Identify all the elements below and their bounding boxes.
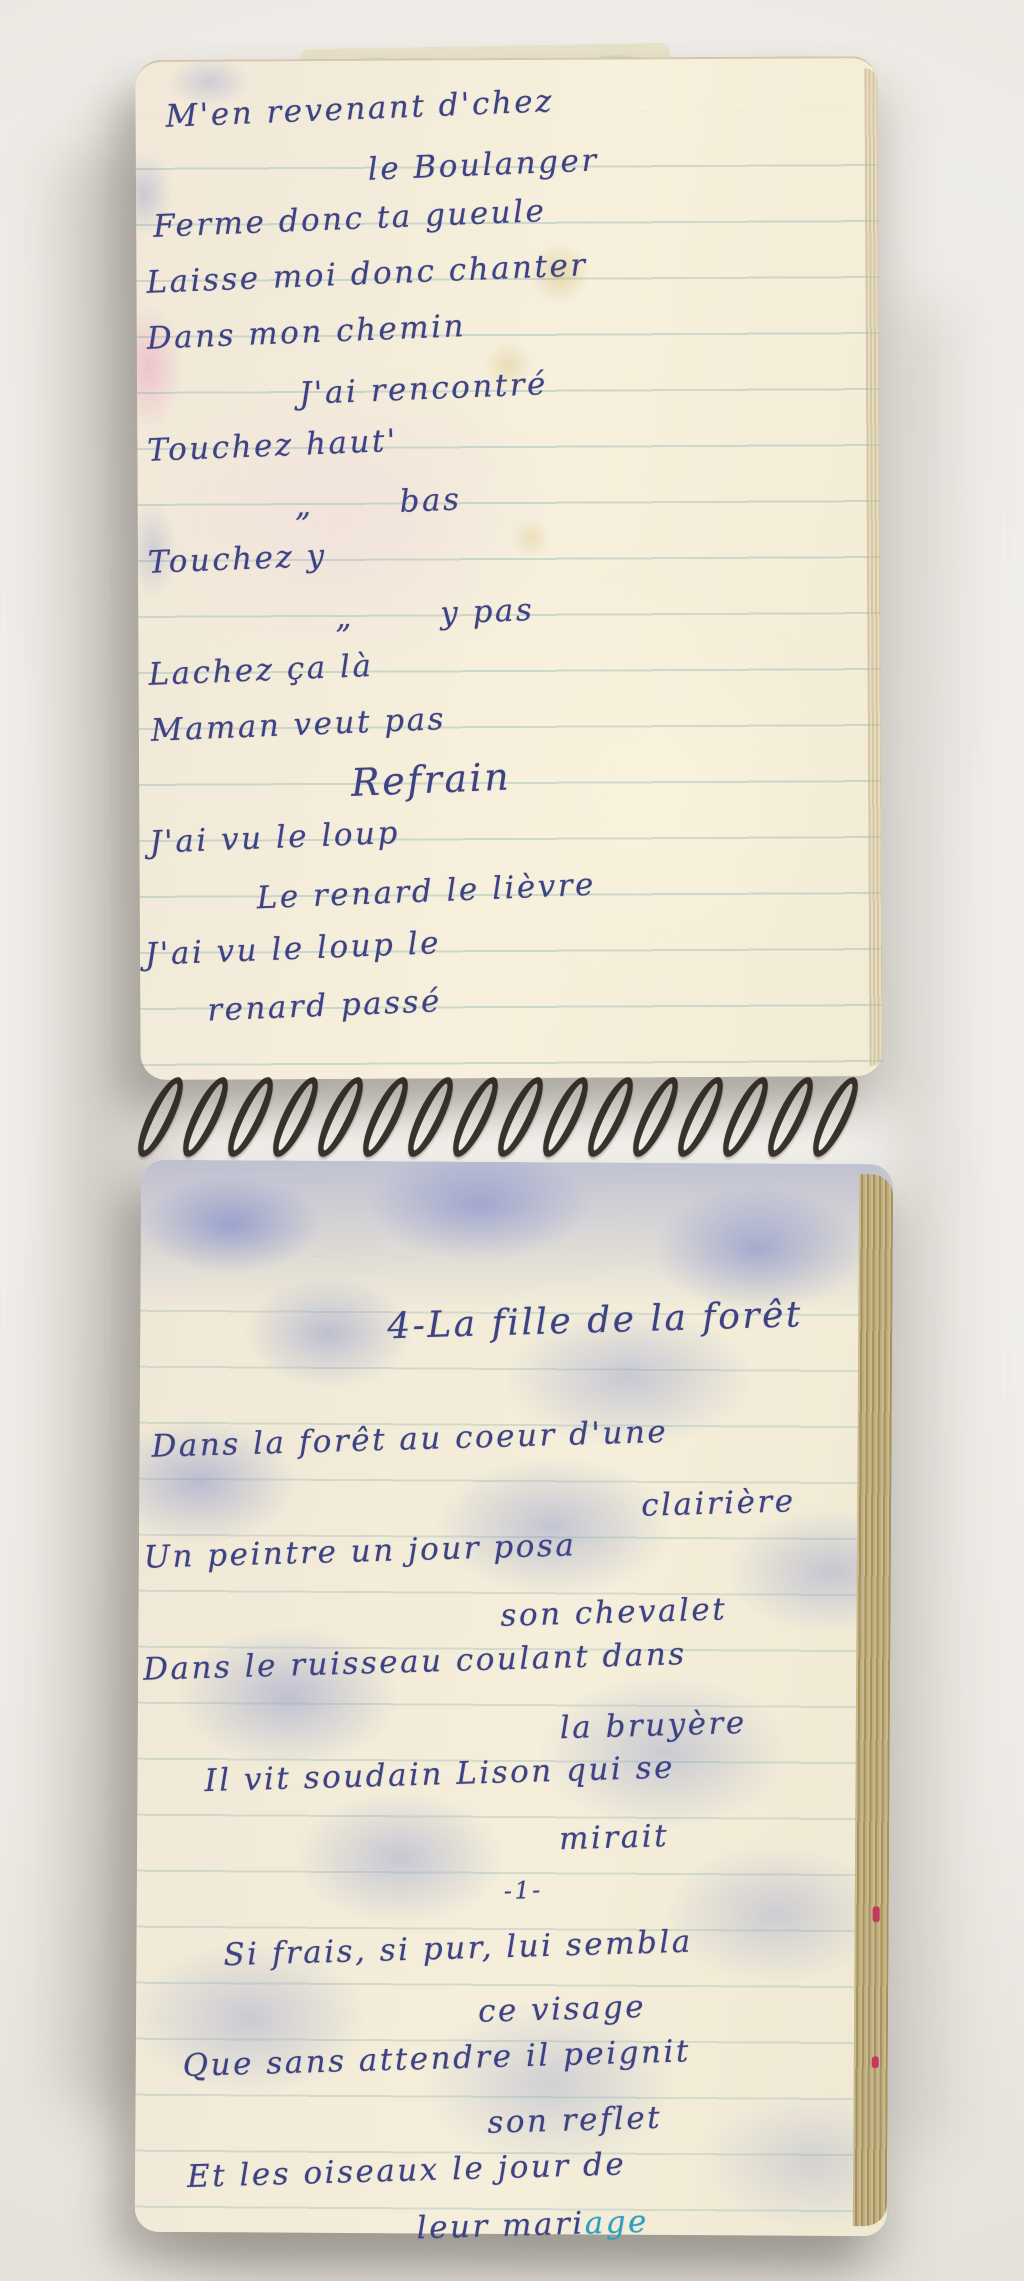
handwritten-line: mirait — [559, 1819, 670, 1856]
handwritten-line: Dans le ruisseau coulant dans — [143, 1637, 687, 1687]
cast-shadow-right — [892, 300, 952, 2150]
handwritten-line: la bruyère — [559, 1706, 747, 1745]
handwritten-line: Maman veut pas — [150, 702, 446, 748]
handwritten-line: 4-La fille de la forêt — [387, 1295, 804, 1347]
fore-edge-mark — [872, 2056, 879, 2068]
handwritten-line: clairière — [641, 1484, 796, 1523]
notebook-photo: M'en revenant d'chezle BoulangerFerme do… — [0, 0, 1024, 2281]
handwritten-line: Lachez ça là — [148, 649, 374, 692]
spiral-wire-loop — [805, 1072, 866, 1162]
handwritten-line: Si frais, si pur, lui sembla — [223, 1925, 693, 1973]
cyan-ink-text: age — [584, 2204, 649, 2242]
ruled-lines — [135, 1256, 893, 2237]
handwritten-line: Il vit soudain Lison qui se — [204, 1751, 675, 1799]
handwritten-line: Laisse moi donc chanter — [146, 248, 588, 300]
handwritten-line: Refrain — [350, 756, 512, 804]
handwritten-line: „ bas — [294, 482, 462, 523]
handwritten-line: Touchez haut' — [147, 424, 399, 468]
handwritten-line: le Boulanger — [367, 143, 599, 186]
notebook-page-bottom: 4-La fille de la forêtDans la forêt au c… — [135, 1160, 894, 2237]
fore-edge-mark — [873, 1906, 880, 1922]
page-fore-edge — [853, 1174, 893, 2226]
handwritten-line: J'ai rencontré — [298, 367, 548, 411]
handwritten-line: Touchez y — [147, 539, 327, 580]
handwritten-line: M'en revenant d'chez — [165, 84, 555, 134]
handwritten-line: Un peintre un jour posa — [143, 1528, 576, 1575]
handwritten-line: Que sans attendre il peignit — [182, 2034, 691, 2083]
handwritten-line: renard passé — [207, 984, 443, 1027]
handwritten-line: Dans mon chemin — [146, 309, 467, 356]
handwritten-line: J'ai vu le loup — [149, 816, 401, 860]
handwritten-line: Ferme donc ta gueule — [153, 194, 547, 244]
spiral-binding — [148, 1062, 908, 1172]
handwritten-line: Le renard le lièvre — [256, 868, 596, 916]
handwritten-line: J'ai vu le loup le — [144, 926, 441, 972]
handwritten-line: ce visage — [478, 1990, 647, 2029]
handwritten-line: leur mariage — [416, 2205, 649, 2246]
handwritten-line: Dans la forêt au coeur d'une — [151, 1415, 669, 1464]
handwritten-line: -1- — [503, 1877, 543, 1905]
handwritten-line: son chevalet — [500, 1592, 728, 1633]
notebook-page-top: M'en revenant d'chezle BoulangerFerme do… — [135, 56, 882, 1080]
handwritten-line: son reflet — [487, 2101, 663, 2140]
page-fore-edge — [864, 68, 882, 1066]
handwritten-line: Et les oiseaux le jour de — [187, 2147, 627, 2194]
handwritten-line: „ y pas — [335, 593, 535, 635]
